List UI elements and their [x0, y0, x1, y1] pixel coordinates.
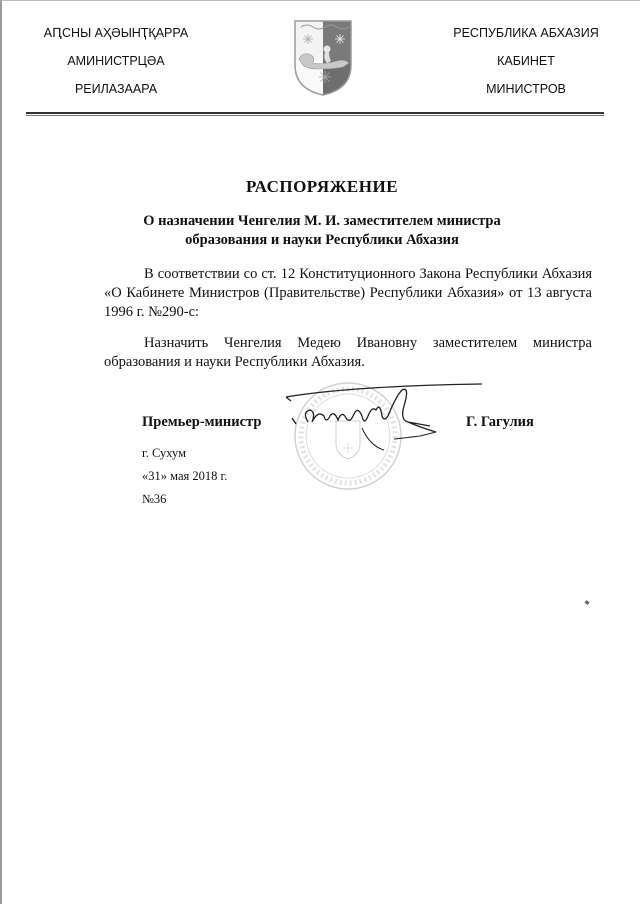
document-page: АԤСНЫ АҲӘЫНҬҚАРРА АМИНИСТРЦӘА РЕИЛАЗААРА	[0, 0, 640, 904]
header-right-line-1: РЕСПУБЛИКА АБХАЗИЯ	[426, 23, 626, 51]
document-place: г. Сухум	[142, 446, 186, 461]
subject-line-1: О назначении Ченгелия М. И. заместителем…	[92, 212, 552, 231]
paragraph-basis-text: В соответствии со ст. 12 Конституционног…	[104, 266, 592, 320]
document-subject: О назначении Ченгелия М. И. заместителем…	[92, 212, 552, 250]
header-divider-thin	[26, 115, 604, 116]
header-left-line-2: АМИНИСТРЦӘА	[16, 51, 216, 79]
header-left-line-1: АԤСНЫ АҲӘЫНҬҚАРРА	[16, 23, 216, 51]
header-russian: РЕСПУБЛИКА АБХАЗИЯ КАБИНЕТ МИНИСТРОВ	[426, 23, 626, 107]
document-number: №36	[142, 492, 166, 507]
header-divider	[26, 112, 604, 114]
signature-icon	[272, 376, 487, 466]
paragraph-basis: В соответствии со ст. 12 Конституционног…	[104, 265, 592, 322]
scan-artifact	[585, 600, 590, 605]
header-abkhaz: АԤСНЫ АҲӘЫНҬҚАРРА АМИНИСТРЦӘА РЕИЛАЗААРА	[16, 23, 216, 107]
document-title: РАСПОРЯЖЕНИЕ	[2, 177, 640, 197]
signatory-role: Премьер-министр	[142, 414, 261, 431]
paragraph-order-text: Назначить Ченгелия Медею Ивановну замест…	[104, 335, 592, 370]
subject-line-2: образования и науки Республики Абхазия	[92, 231, 552, 250]
header-left-line-3: РЕИЛАЗААРА	[16, 79, 216, 107]
header-right-line-2: КАБИНЕТ	[426, 51, 626, 79]
signatory-name: Г. Гагулия	[466, 414, 534, 431]
header-right-line-3: МИНИСТРОВ	[426, 79, 626, 107]
document-date: «31» мая 2018 г.	[142, 469, 227, 484]
coat-of-arms-icon	[293, 19, 353, 97]
paragraph-order: Назначить Ченгелия Медею Ивановну замест…	[104, 334, 592, 372]
